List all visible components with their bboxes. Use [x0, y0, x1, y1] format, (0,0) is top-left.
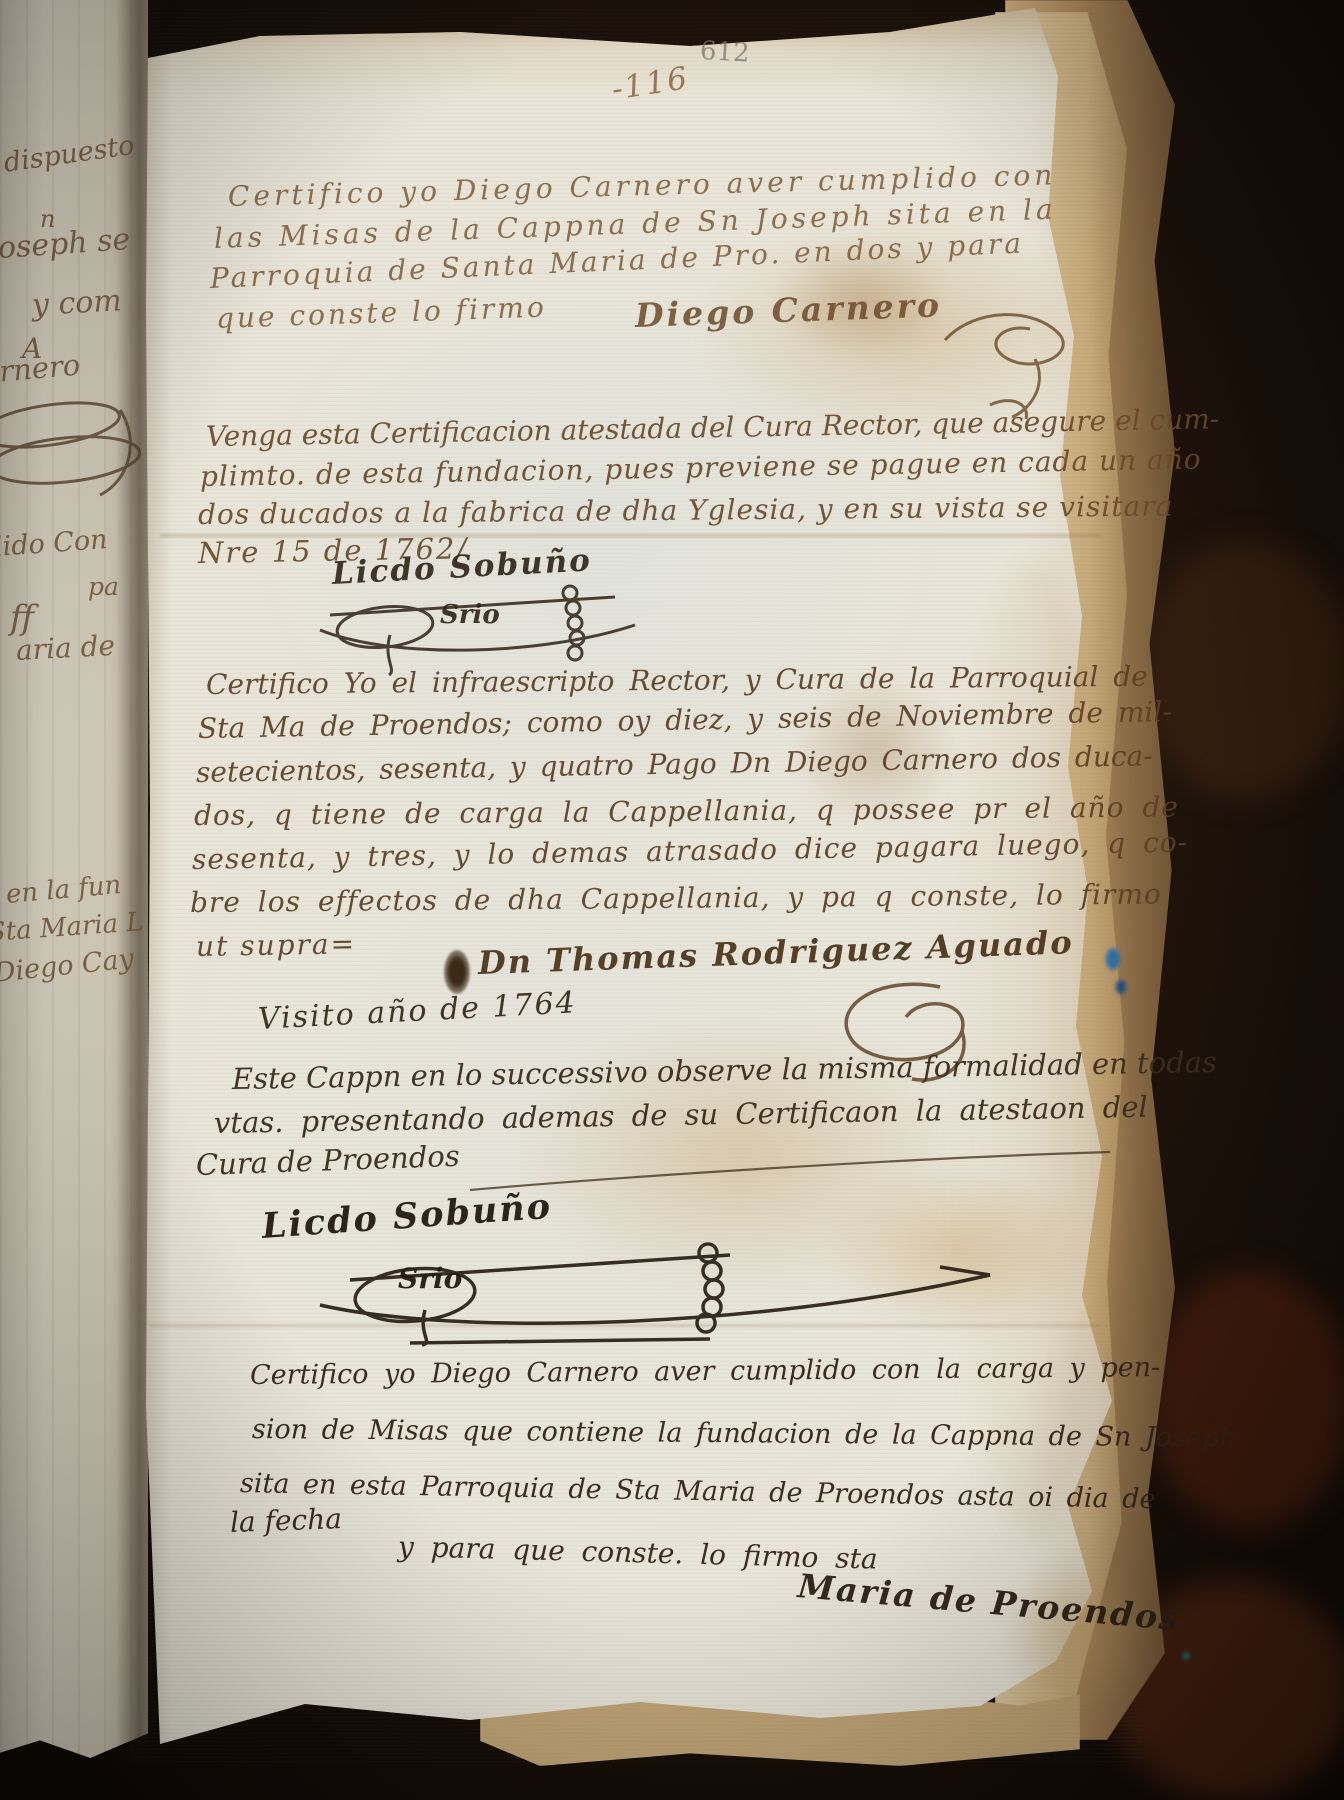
photo-glint-blue	[1106, 948, 1120, 970]
background-brown-patch	[1140, 540, 1344, 800]
background-red-patch	[1150, 1270, 1344, 1530]
ink-blot	[444, 950, 470, 994]
photo-canvas: 612 -116 ▪ ▪▪ ▪ ▪▪ ▪ dispuesto n Joseph …	[0, 0, 1344, 1800]
manuscript-page	[130, 6, 1142, 1762]
photo-glint-blue-2	[1116, 980, 1126, 994]
photo-glint-teal	[1182, 1652, 1190, 1660]
